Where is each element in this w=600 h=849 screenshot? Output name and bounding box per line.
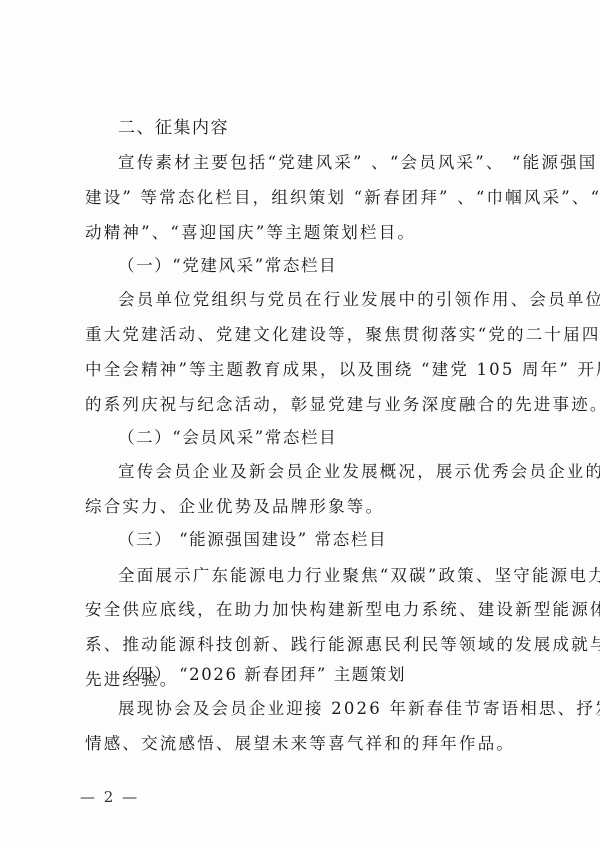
subsection-3-line-1: 全面展示广东能源电力行业聚焦“双碳”政策、坚守能源电力 — [118, 566, 568, 586]
subsection-1-line-1: 会员单位党组织与党员在行业发展中的引领作用、会员单位 — [118, 290, 568, 310]
subsection-4-heading: （四） “2026 新春团拜” 主题策划 — [118, 665, 568, 685]
subsection-1-heading: （一）“党建风采”常态栏目 — [118, 256, 568, 276]
subsection-1-line-2: 重大党建活动、党建文化建设等，聚焦贯彻落实“党的二十届四 — [85, 325, 535, 345]
section-heading: 二、征集内容 — [118, 118, 568, 138]
subsection-2-line-1: 宣传会员企业及新会员企业发展概况，展示优秀会员企业的 — [118, 462, 568, 482]
intro-line-3: 动精神”、“喜迎国庆”等主题策划栏目。 — [85, 223, 535, 243]
page-number: — 2 — — [80, 788, 139, 806]
subsection-2-line-2: 综合实力、企业优势及品牌形象等。 — [85, 497, 535, 517]
subsection-4-line-1: 展现协会及会员企业迎接 2026 年新春佳节寄语相思、抒发 — [118, 699, 568, 719]
subsection-3-heading: （三） “能源强国建设” 常态栏目 — [118, 530, 568, 550]
subsection-1-line-4: 的系列庆祝与纪念活动，彰显党建与业务深度融合的先进事迹。 — [85, 395, 535, 415]
subsection-1-line-3: 中全会精神”等主题教育成果，以及围绕 “建党 105 周年” 开展 — [85, 360, 535, 380]
intro-line-1: 宣传素材主要包括“党建风采” 、“会员风采”、 “能源强国 — [118, 153, 568, 173]
intro-line-2: 建设” 等常态化栏目，组织策划 “新春团拜” 、“巾帼风采”、“劳 — [85, 188, 535, 208]
subsection-2-heading: （二）“会员风采”常态栏目 — [118, 428, 568, 448]
subsection-4-line-2: 情感、交流感悟、展望未来等喜气祥和的拜年作品。 — [85, 734, 535, 754]
subsection-3-line-3: 系、推动能源科技创新、践行能源惠民利民等领域的发展成就与 — [85, 635, 535, 655]
subsection-3-line-2: 安全供应底线，在助力加快构建新型电力系统、建设新型能源体 — [85, 600, 535, 620]
document-page: 二、征集内容 宣传素材主要包括“党建风采” 、“会员风采”、 “能源强国 建设”… — [0, 0, 600, 849]
